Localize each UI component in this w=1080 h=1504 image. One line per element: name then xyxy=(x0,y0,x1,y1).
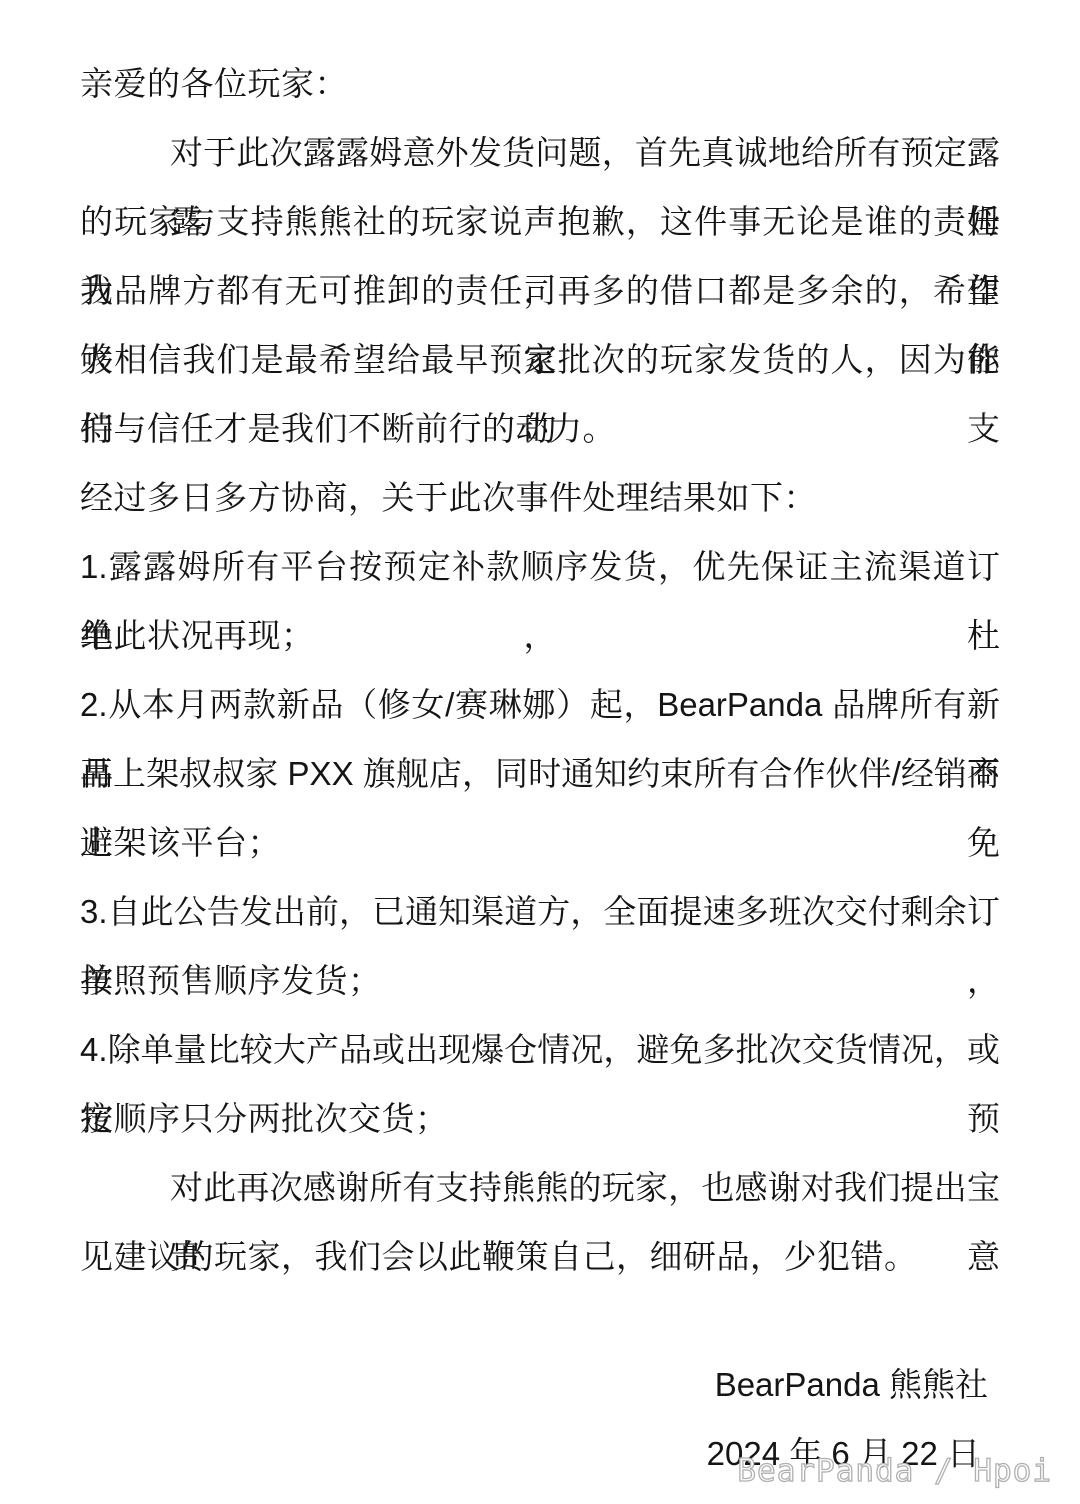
text-line: 对此再次感谢所有支持熊熊的玩家，也感谢对我们提出宝贵意 xyxy=(80,1153,1000,1222)
text-line: 够相信我们是最希望给最早预定批次的玩家发货的人，因为你们的支 xyxy=(80,325,1000,394)
text-line: 经过多日多方协商，关于此次事件处理结果如下： xyxy=(80,463,1000,532)
announcement-page: 亲爱的各位玩家： 对于此次露露姆意外发货问题，首先真诚地给所有预定露露姆 的玩家… xyxy=(0,0,1080,1504)
text-line: 对于此次露露姆意外发货问题，首先真诚地给所有预定露露姆 xyxy=(80,118,1000,187)
list-item-1-line: 1.露露姆所有平台按预定补款顺序发货，优先保证主流渠道订单，杜 xyxy=(80,532,1000,601)
list-item-4-line: 4.除单量比较大产品或出现爆仓情况，避免多批次交货情况，或按预 xyxy=(80,1015,1000,1084)
text-line: 为品牌方都有无可推卸的责任，再多的借口都是多余的，希望大家能 xyxy=(80,256,1000,325)
text-line: 的玩家与支持熊熊社的玩家说声抱歉，这件事无论是谁的责任我司作 xyxy=(80,187,1000,256)
announcement-body: 亲爱的各位玩家： 对于此次露露姆意外发货问题，首先真诚地给所有预定露露姆 的玩家… xyxy=(80,49,1000,1291)
list-item-2-line: 2.从本月两款新品（修女/赛琳娜）起，BearPanda 品牌所有新品不 xyxy=(80,670,1000,739)
list-item-2-line: 再上架叔叔家 PXX 旗舰店，同时通知约束所有合作伙伴/经销商避免 xyxy=(80,739,1000,808)
text-line: 见建议的玩家，我们会以此鞭策自己，细研品，少犯错。 xyxy=(80,1222,1000,1291)
signature-name: BearPanda 熊熊社 xyxy=(80,1350,1000,1419)
watermark-text: BearPanda / Hpoi xyxy=(737,1454,1052,1488)
salutation-line: 亲爱的各位玩家： xyxy=(80,49,1000,118)
list-item-3-line: 3.自此公告发出前，已通知渠道方，全面提速多班次交付剩余订单， xyxy=(80,877,1000,946)
